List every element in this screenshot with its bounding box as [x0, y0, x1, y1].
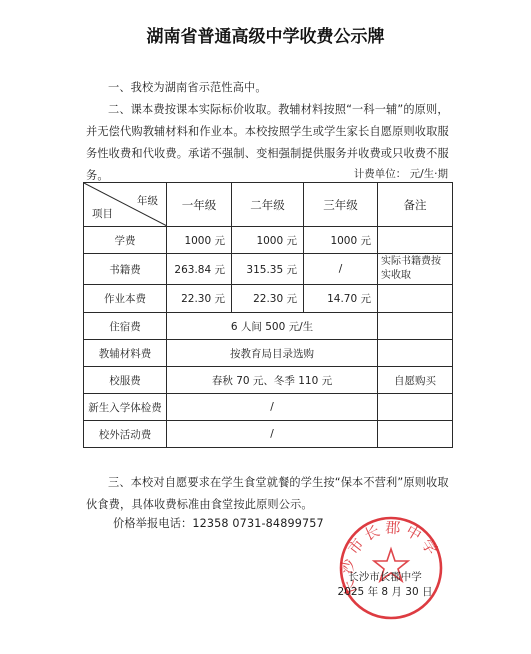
row-label: 学费	[84, 227, 167, 254]
row-label: 作业本费	[84, 285, 167, 313]
fee-table: 年级 项目 一年级 二年级 三年级 备注 学费 1000 元 1000 元 10…	[83, 182, 453, 448]
cell-note: 自愿购买	[378, 367, 453, 394]
row-label: 新生入学体检费	[84, 394, 167, 421]
table-row-books: 书籍费 263.84 元 315.35 元 / 实际书籍费按实收取	[84, 254, 453, 285]
signature-school: 长沙市长郡中学	[320, 569, 450, 584]
signature-date: 2025 年 8 月 30 日	[320, 584, 450, 599]
cell-note: 实际书籍费按实收取	[378, 254, 453, 285]
page-title: 湖南省普通高级中学收费公示牌	[0, 22, 531, 47]
table-row-medical-exam: 新生入学体检费 /	[84, 394, 453, 421]
table-row-workbook: 作业本费 22.30 元 22.30 元 14.70 元	[84, 285, 453, 313]
cell-note	[378, 227, 453, 254]
table-row-tuition: 学费 1000 元 1000 元 1000 元	[84, 227, 453, 254]
table-row-dormitory: 住宿费 6 人间 500 元/生	[84, 313, 453, 340]
cell-merged: 6 人间 500 元/生	[167, 313, 378, 340]
corner-header-cell: 年级 项目	[84, 183, 167, 227]
column-header-grade1: 一年级	[167, 183, 232, 227]
column-header-grade2: 二年级	[232, 183, 304, 227]
cell-grade1: 263.84 元	[167, 254, 232, 285]
cell-grade1: 22.30 元	[167, 285, 232, 313]
row-label: 校外活动费	[84, 421, 167, 448]
paragraph-3: 三、本校对自愿要求在学生食堂就餐的学生按“保本不营利”原则收取伙食费，具体收费标…	[86, 472, 454, 516]
cell-grade2: 315.35 元	[232, 254, 304, 285]
cell-grade1: 1000 元	[167, 227, 232, 254]
cell-note	[378, 313, 453, 340]
cell-grade2: 22.30 元	[232, 285, 304, 313]
cell-note	[378, 340, 453, 367]
table-header-row: 年级 项目 一年级 二年级 三年级 备注	[84, 183, 453, 227]
cell-merged: 按教育局目录选购	[167, 340, 378, 367]
cell-note	[378, 394, 453, 421]
cell-grade3: /	[304, 254, 378, 285]
row-label: 校服费	[84, 367, 167, 394]
cell-grade2: 1000 元	[232, 227, 304, 254]
column-header-grade3: 三年级	[304, 183, 378, 227]
column-header-note: 备注	[378, 183, 453, 227]
grade-axis-label: 年级	[137, 193, 158, 208]
row-label: 教辅材料费	[84, 340, 167, 367]
cell-note	[378, 421, 453, 448]
cell-merged: 春秋 70 元、冬季 110 元	[167, 367, 378, 394]
row-label: 住宿费	[84, 313, 167, 340]
cell-grade3: 14.70 元	[304, 285, 378, 313]
cell-merged: /	[167, 394, 378, 421]
official-seal-icon: 长沙市长郡中学	[338, 515, 444, 621]
cell-merged: /	[167, 421, 378, 448]
row-label: 书籍费	[84, 254, 167, 285]
table-row-uniform: 校服费 春秋 70 元、冬季 110 元 自愿购买	[84, 367, 453, 394]
item-axis-label: 项目	[92, 206, 113, 221]
paragraph-1: 一、我校为湖南省示范性高中。	[86, 77, 454, 99]
cell-note	[378, 285, 453, 313]
cell-grade3: 1000 元	[304, 227, 378, 254]
table-row-outdoor-activity: 校外活动费 /	[84, 421, 453, 448]
table-row-materials: 教辅材料费 按教育局目录选购	[84, 340, 453, 367]
billing-unit-label: 计费单位： 元/生·期	[330, 166, 448, 181]
